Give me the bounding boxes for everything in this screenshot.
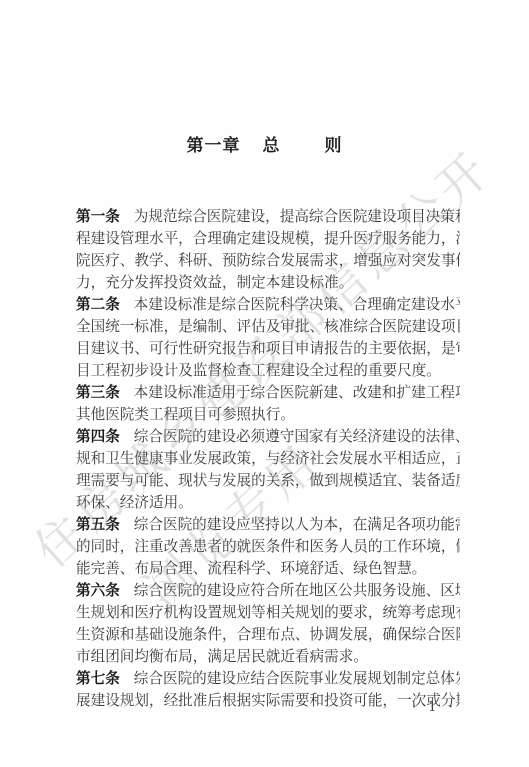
article-line: 院医疗、教学、科研、预防综合发展需求，增强应对突发事件的能 [76,250,460,272]
chapter-title-word-2: 则 [325,136,343,156]
page-number: · 1 · [412,700,457,715]
chapter-number: 第一章 [187,136,241,156]
article-line: 的同时，注重改善患者的就医条件和医务人员的工作环境，做到功 [76,536,460,558]
article-line: 展建设规划，经批准后根据实际需要和投资可能，一次或分期 [76,690,460,712]
article-line: 市组团间均衡布局，满足居民就近看病需求。 [76,646,460,668]
article-3: 第三条本建设标准适用于综合医院新建、改建和扩建工程项目， 其他医院类工程项目可参… [76,382,460,426]
article-line: 目建议书、可行性研究报告和项目申请报告的主要依据，是审查项 [76,338,460,360]
article-line: 第四条综合医院的建设必须遵守国家有关经济建设的法律、法 [76,426,460,448]
article-line: 理需要与可能、现状与发展的关系，做到规模适宜、装备适度、安全 [76,470,460,492]
article-line: 第五条综合医院的建设应坚持以人为本，在满足各项功能需要 [76,514,460,536]
article-line: 规和卫生健康事业发展政策，与经济社会发展水平相适应，正确处 [76,448,460,470]
article-label: 第五条 [76,516,120,533]
article-label: 第七条 [76,670,120,687]
chapter-title-word-1: 总 [263,136,281,156]
article-7: 第七条综合医院的建设应结合医院事业发展规划制定总体发 展建设规划，经批准后根据实… [76,668,460,712]
article-line: 全国统一标准，是编制、评估及审批、核准综合医院建设项目的项 [76,316,460,338]
article-2: 第二条本建设标准是综合医院科学决策、合理确定建设水平的 全国统一标准，是编制、评… [76,294,460,382]
article-line: 目工程初步设计及监督检查工程建设全过程的重要尺度。 [76,360,460,382]
article-4: 第四条综合医院的建设必须遵守国家有关经济建设的法律、法 规和卫生健康事业发展政策… [76,426,460,514]
article-line: 环保、经济适用。 [76,492,460,514]
article-line: 能完善、布局合理、流程科学、环境舒适、绿色智慧。 [76,558,460,580]
article-line: 程建设管理水平，合理确定建设规模，提升医疗服务能力，满足医 [76,228,460,250]
article-label: 第三条 [76,384,120,401]
body-text: 第一条为规范综合医院建设，提高综合医院建设项目决策和工 程建设管理水平，合理确定… [76,206,460,712]
article-line: 第二条本建设标准是综合医院科学决策、合理确定建设水平的 [76,294,460,316]
article-line: 生规划和医疗机构设置规划等相关规划的要求，统筹考虑现有卫 [76,602,460,624]
article-line: 生资源和基础设施条件，合理布点、协调发展，确保综合医院在城 [76,624,460,646]
article-line: 第三条本建设标准适用于综合医院新建、改建和扩建工程项目， [76,382,460,404]
article-label: 第六条 [76,582,120,599]
document-page: 第一章总则 第一条为规范综合医院建设，提高综合医院建设项目决策和工 程建设管理水… [0,0,529,767]
article-label: 第二条 [76,296,120,313]
article-line: 其他医院类工程项目可参照执行。 [76,404,460,426]
article-6: 第六条综合医院的建设应符合所在地区公共服务设施、区域卫 生规划和医疗机构设置规划… [76,580,460,668]
article-line: 第七条综合医院的建设应结合医院事业发展规划制定总体发 [76,668,460,690]
article-line: 第一条为规范综合医院建设，提高综合医院建设项目决策和工 [76,206,460,228]
article-label: 第一条 [76,208,120,225]
article-line: 第六条综合医院的建设应符合所在地区公共服务设施、区域卫 [76,580,460,602]
article-label: 第四条 [76,428,120,445]
article-1: 第一条为规范综合医院建设，提高综合医院建设项目决策和工 程建设管理水平，合理确定… [76,206,460,294]
article-5: 第五条综合医院的建设应坚持以人为本，在满足各项功能需要 的同时，注重改善患者的就… [76,514,460,580]
chapter-title: 第一章总则 [0,131,529,156]
article-line: 力，充分发挥投资效益，制定本建设标准。 [76,272,460,294]
